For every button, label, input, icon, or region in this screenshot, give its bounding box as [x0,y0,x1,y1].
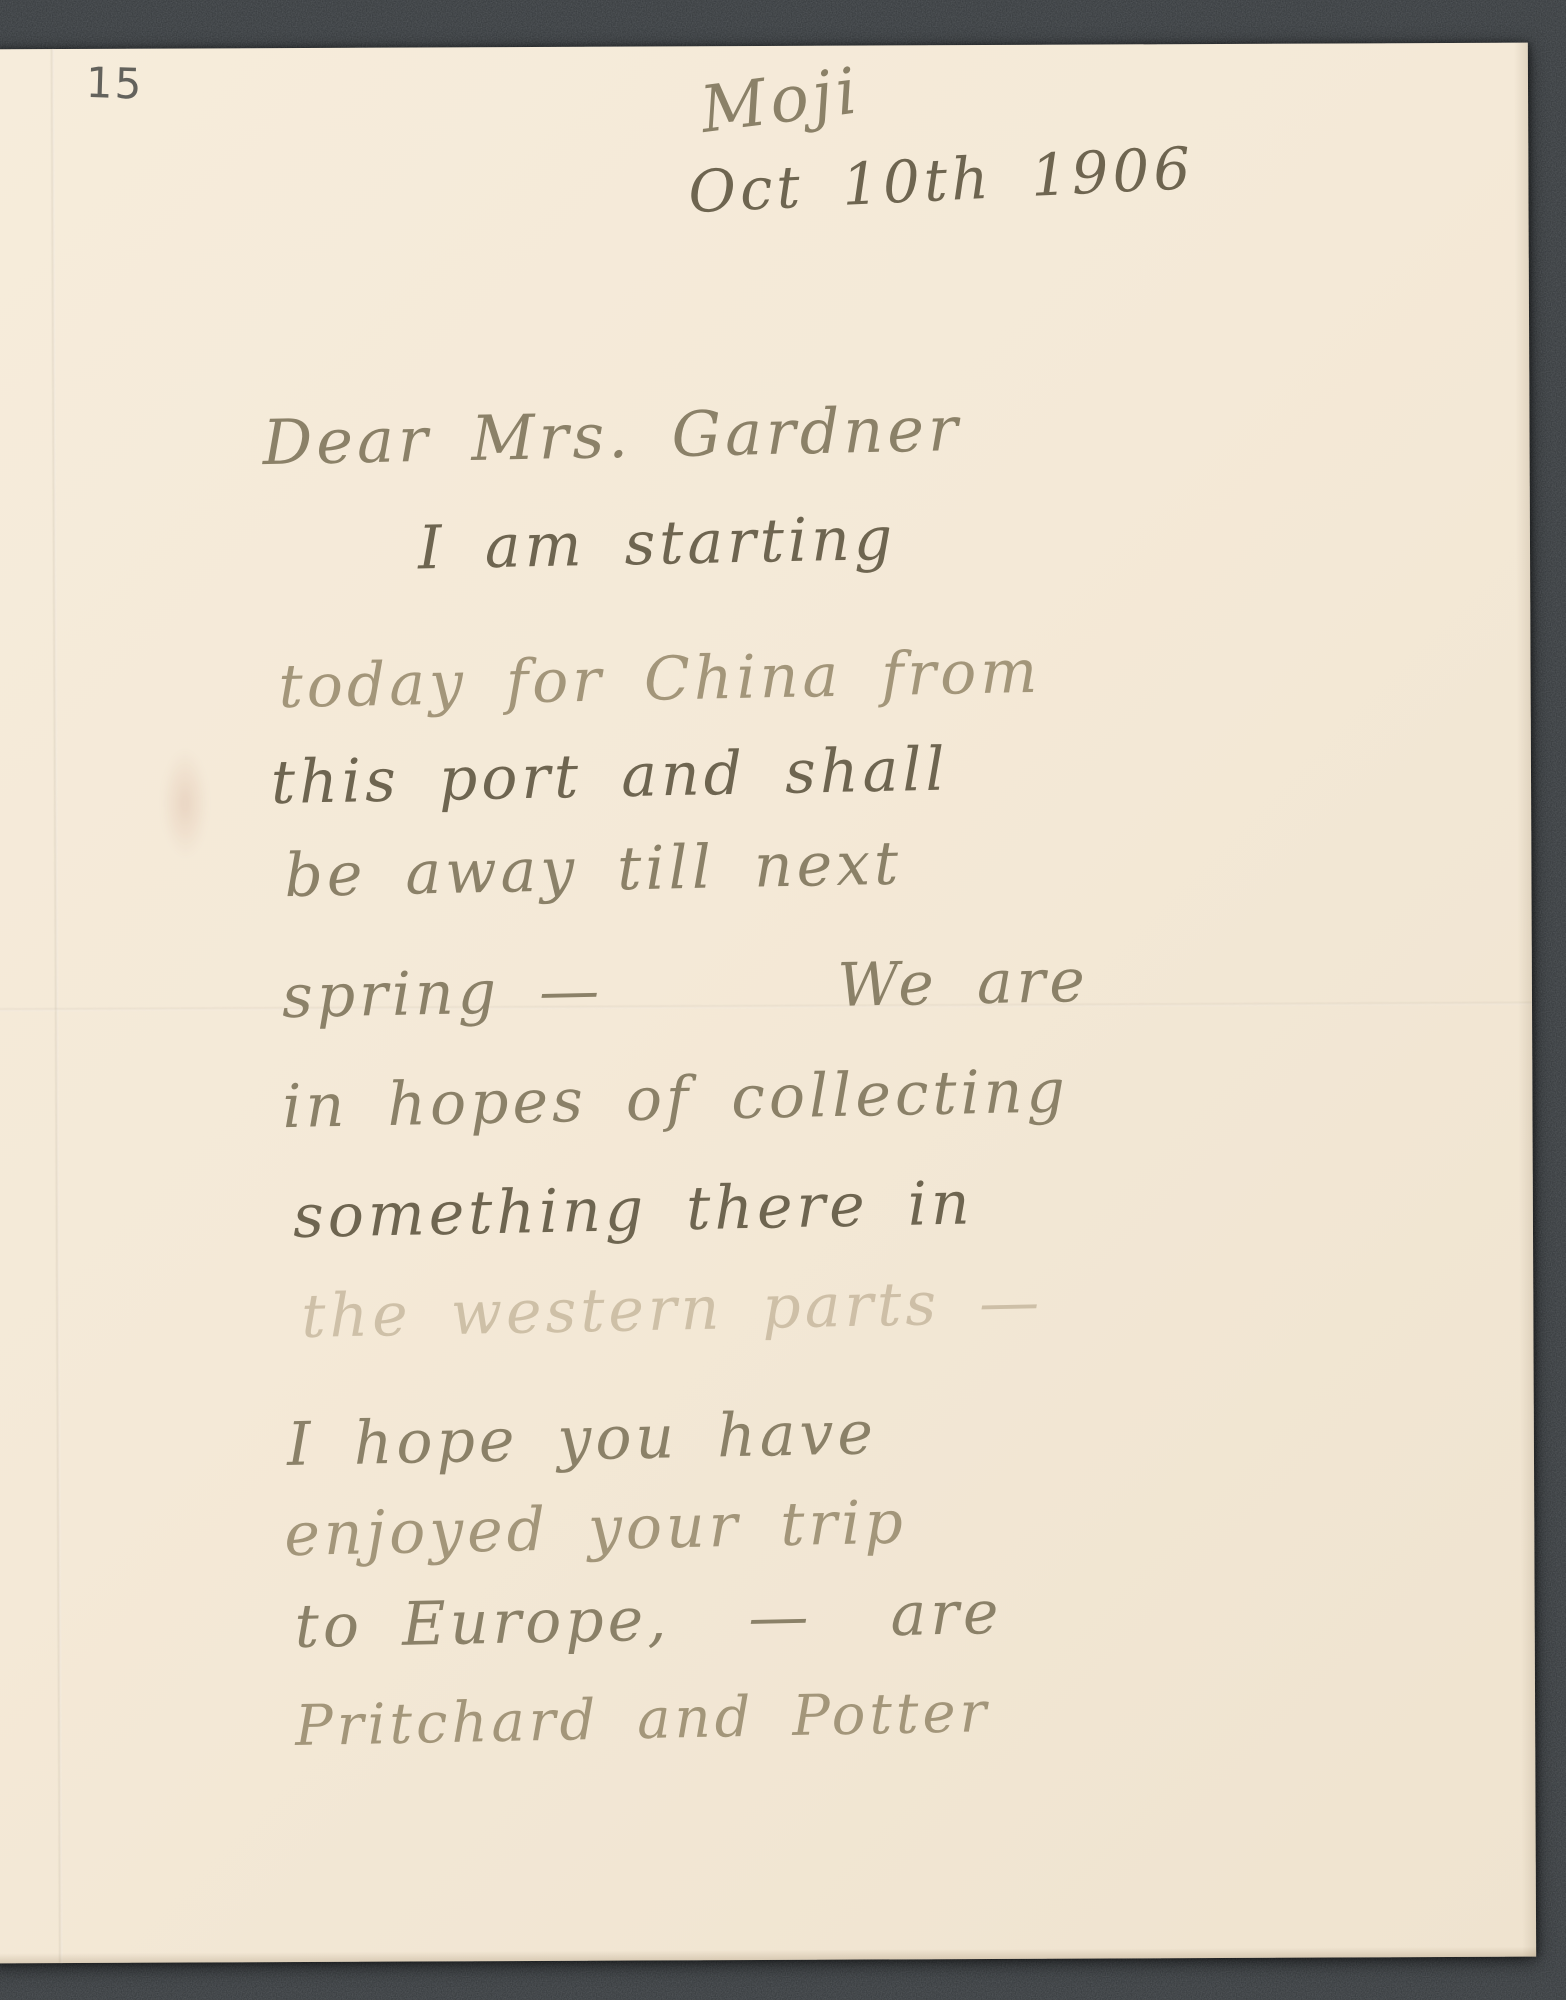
letter-body-line: in hopes of collecting [282,1056,1070,1142]
letter-body-line: to Europe, — are [294,1578,1003,1662]
vertical-fold-crease [51,49,62,1963]
letter-body-line: spring — We are [281,946,1089,1032]
letter-body-line: enjoyed your trip [284,1488,908,1570]
letter-body-line: be away till next [284,829,903,911]
letter-date-line: Oct 10th 1906 [687,134,1196,226]
letter-salutation: Dear Mrs. Gardner [262,392,962,479]
letter-body-line: today for China from [278,637,1042,722]
letter-body-line: this port and shall [270,735,949,819]
letter-paper-sheet: 15 Moji Oct 10th 1906 Dear Mrs. Gardner … [0,43,1536,1964]
letter-body-line: the western parts — [301,1267,1044,1352]
ink-bleedthrough-smudge [161,748,209,858]
letter-place-heading: Moji [696,54,864,148]
page-number: 15 [85,58,144,109]
letter-body-line: Pritchard and Potter [295,1680,991,1759]
letter-body-line: I am starting [417,504,897,584]
letter-body-line: something there in [292,1168,974,1252]
letter-scan: 15 Moji Oct 10th 1906 Dear Mrs. Gardner … [0,0,1566,2000]
letter-body-line: I hope you have [286,1398,877,1480]
